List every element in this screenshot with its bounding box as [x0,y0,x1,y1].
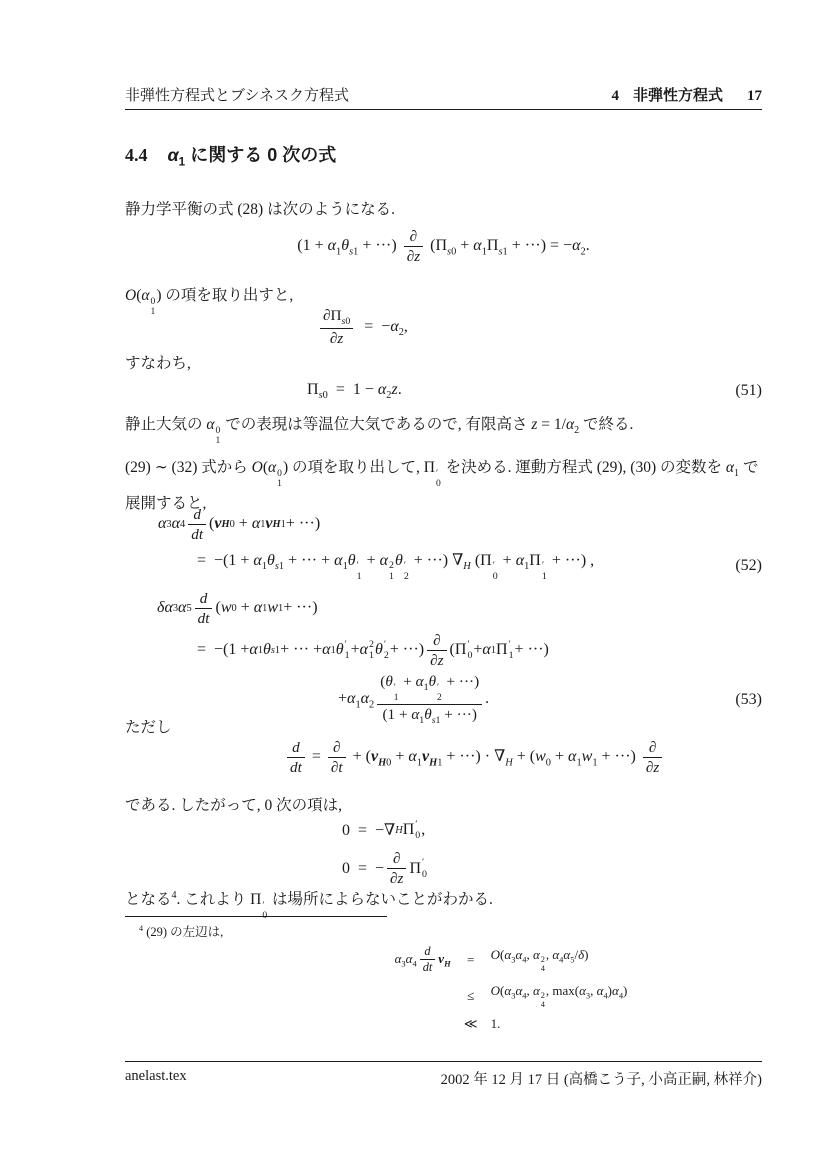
footnote-relation-equals: = [467,952,474,968]
equation-zero-horizontal: 0 = −∇HΠ′0, [342,818,762,842]
page-header: 非弾性方程式とブシネスク方程式 4非弾性方程式17 [125,84,762,105]
equation-51-body: Πs0 = 1 − α2z. [307,381,402,398]
section-heading-number: 4.4 [125,145,148,165]
header-section-title: 非弾性方程式 [633,87,723,104]
equation-group-52-53: α3α4ddt(vH0 + α1vH1 + ···) = −(1 + α1θs1… [125,504,762,729]
equation-53-number: (53) [735,691,762,709]
footer-filename: anelast.tex [125,1068,187,1089]
paragraph-zeroth-order-intro: である. したがって, 0 次の項は, [125,792,762,820]
section-heading: 4.4α1 に関する 0 次の式 [125,141,762,169]
equation-52-number: (52) [735,557,762,575]
footer-date-authors: 2002 年 12 月 17 日 (高橋こう子, 小高正嗣, 林祥介) [441,1068,762,1089]
footnote-intro: 4 (29) の左辺は, [125,922,762,942]
footnote-equation-grid: α3α4ddtvH = O(α3α4, α24, α4α5/δ) ≤ O(α3α… [125,944,762,1032]
header-page-number: 17 [747,88,762,104]
equation-zero-order-set: 0 = −∇HΠ′0, 0 = −∂∂zΠ′0 [125,818,762,895]
footnote-relation-muchless: ≪ [464,1016,478,1032]
equation-51-number: (51) [735,382,762,400]
equation-dpi-dz: ∂Πs0∂z = −α2, [125,306,762,348]
footnote-rule [125,916,387,917]
footnote-equation-rhs-3: 1. [491,1016,762,1032]
header-running-title: 非弾性方程式とブシネスク方程式 [125,84,349,105]
equation-52-rhs-body: = −(1 + α1θs1 + ··· + α1θ′1 + α21θ′2 + ·… [197,550,594,583]
equation-53-lhs: δα3α5ddt(w0 + α1w1 + ···) [125,588,762,628]
paragraph-hydrostatic-intro: 静力学平衡の式 (28) は次のようになる. [125,196,762,224]
equation-hydrostatic-expansion: (1 + α1θs1 + ···) ∂∂z (Πs0 + α1Πs1 + ···… [125,227,762,266]
equation-53-rhs-line1: = −(1 + α1θs1 + ··· + α1θ′1 + α21θ′2 + ·… [125,630,762,670]
page-content: 非弾性方程式とブシネスク方程式 4非弾性方程式17 4.4α1 に関する 0 次… [125,0,762,1169]
equation-material-derivative: ddt = ∂∂t + (vH0 + α1vH1 + ···) · ∇H + (… [125,738,762,777]
footnote-equations: α3α4ddtvH = O(α3α4, α24, α4α5/δ) ≤ O(α3α… [125,944,762,1032]
section-heading-title: α1 に関する 0 次の式 [168,145,337,165]
footnote-equation-rhs-2: O(α3α4, α24, max(α3, α4)α4) [491,983,762,1009]
equation-52-lhs: α3α4ddt(vH0 + α1vH1 + ···) [125,504,762,544]
page-footer: anelast.tex 2002 年 12 月 17 日 (高橋こう子, 小高正… [125,1068,762,1089]
paragraph-static-atmosphere: 静止大気の α01 での表現は等温位大気であるので, 有限高さ z = 1/α2… [125,411,762,447]
paragraph-sunawachi: すなわち, [125,350,762,378]
document-page: 非弾性方程式とブシネスク方程式 4非弾性方程式17 4.4α1 に関する 0 次… [0,0,826,1169]
footnote-equation-rhs-1: O(α3α4, α24, α4α5/δ) [491,947,762,973]
header-section-info: 4非弾性方程式17 [611,84,762,105]
header-rule [125,109,762,110]
header-section-number: 4 [611,88,619,104]
equation-51: Πs0 = 1 − α2z. (51) [125,381,762,401]
footer-rule [125,1061,762,1062]
footnote-relation-leq: ≤ [467,988,474,1004]
equation-zero-vertical: 0 = −∂∂zΠ′0 [342,849,762,888]
footnote-equation-lhs: α3α4ddtvH [395,944,451,976]
equation-52-rhs: = −(1 + α1θs1 + ··· + α1θ′1 + α21θ′2 + ·… [125,546,762,586]
